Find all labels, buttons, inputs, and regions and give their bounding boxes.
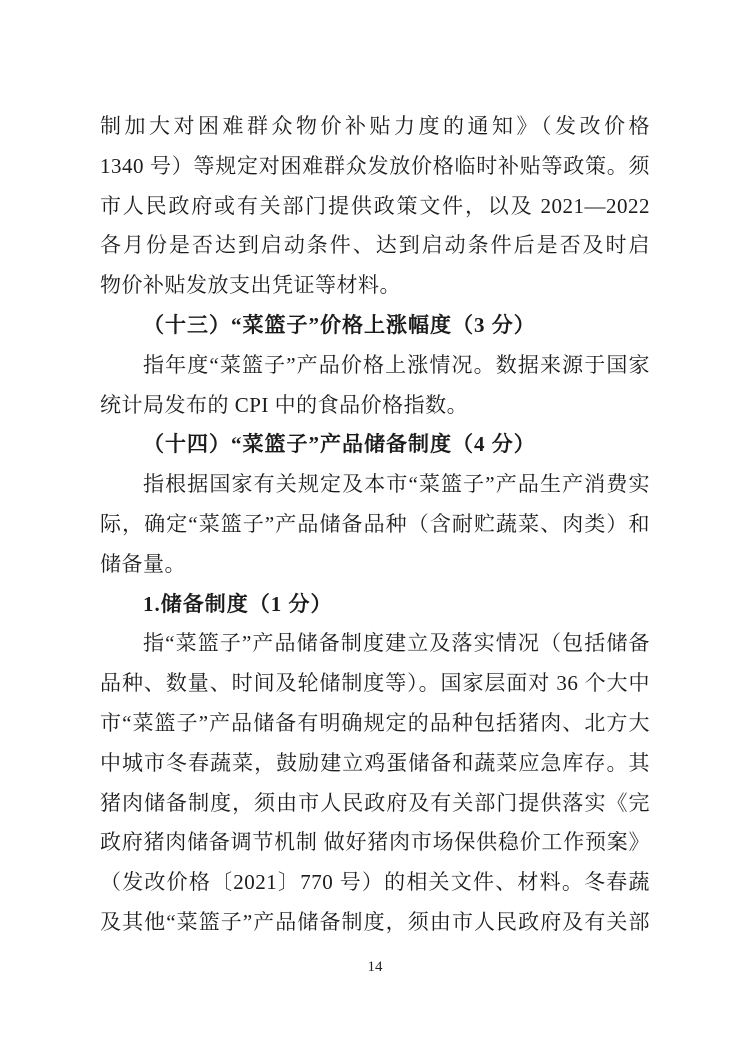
document-line: 指根据国家有关规定及本市“菜篮子”产品生产消费实 (100, 465, 650, 505)
document-page: 制加大对困难群众物价补贴力度的通知》（发改价格〔2022〕 1340 号）等规定… (0, 0, 750, 1060)
document-line: 物价补贴发放支出凭证等材料。 (100, 266, 650, 306)
document-line: 政府猪肉储备调节机制 做好猪肉市场保供稳价工作预案》 (100, 823, 650, 863)
document-line: 市人民政府或有关部门提供政策文件，以及 2021—2022 年 (100, 187, 650, 227)
document-line: 中城市冬春蔬菜，鼓励建立鸡蛋储备和蔬菜应急库存。其中， (100, 744, 650, 784)
document-line: （发改价格〔2021〕770 号）的相关文件、材料。冬春蔬菜 (100, 863, 650, 903)
document-line: 猪肉储备制度，须由市人民政府及有关部门提供落实《完善 (100, 784, 650, 824)
document-line: 储备量。 (100, 545, 650, 585)
section-heading-14: （十四）“菜篮子”产品储备制度（4 分） (100, 425, 650, 465)
document-line: 各月份是否达到启动条件、达到启动条件后是否及时启动、 (100, 226, 650, 266)
document-text-block: 制加大对困难群众物价补贴力度的通知》（发改价格〔2022〕 1340 号）等规定… (100, 107, 650, 943)
section-heading-13: （十三）“菜篮子”价格上涨幅度（3 分） (100, 306, 650, 346)
document-line: 及其他“菜篮子”产品储备制度，须由市人民政府及有关部 (100, 903, 650, 943)
document-line: 市“菜篮子”产品储备有明确规定的品种包括猪肉、北方大 (100, 704, 650, 744)
document-line: 指“菜篮子”产品储备制度建立及落实情况（包括储备 (100, 624, 650, 664)
document-line: 制加大对困难群众物价补贴力度的通知》（发改价格〔2022〕 (100, 107, 650, 147)
subsection-heading-reserve-system: 1.储备制度（1 分） (100, 585, 650, 625)
document-line: 指年度“菜篮子”产品价格上涨情况。数据来源于国家 (100, 346, 650, 386)
page-number: 14 (0, 959, 750, 976)
document-line: 品种、数量、时间及轮储制度等）。国家层面对 36 个大中城 (100, 664, 650, 704)
document-line: 际，确定“菜篮子”产品储备品种（含耐贮蔬菜、肉类）和 (100, 505, 650, 545)
document-line: 1340 号）等规定对困难群众发放价格临时补贴等政策。须由 (100, 147, 650, 187)
document-line: 统计局发布的 CPI 中的食品价格指数。 (100, 386, 650, 426)
